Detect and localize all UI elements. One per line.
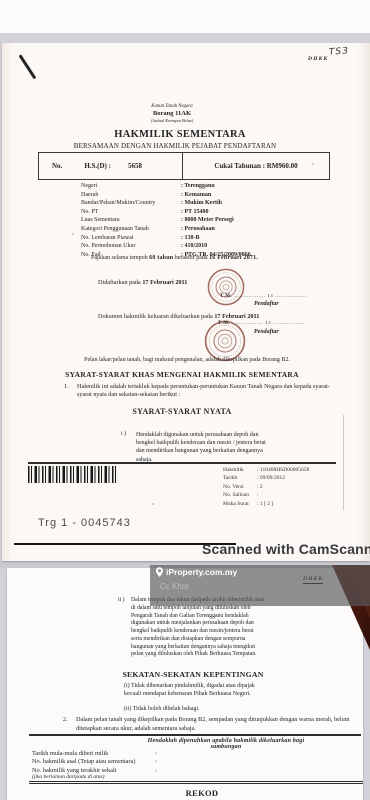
detail-label: Luas Sementara: [81, 216, 181, 225]
registered-line: Didaftarkan pada 17 Februari 2011: [98, 279, 187, 286]
signature-line-registration: T.M...................t.t...............…: [220, 294, 307, 299]
tt-label: t.t: [268, 294, 274, 299]
no-label: No.: [52, 162, 62, 170]
form-number: Borang 11AK: [122, 110, 222, 117]
doc-info-value: :: [257, 491, 259, 499]
detail-label: No. Permohonan Ukur: [81, 242, 181, 251]
horizontal-rule: [29, 734, 361, 736]
detail-label: No. Lembaran Piawai: [81, 234, 181, 243]
clause-text: Hakmilik ini adalah tertakluk kepada per…: [77, 383, 339, 399]
doc-info-value: : 09/09/2012: [257, 474, 285, 482]
registered-date: 17 Februari 2011: [142, 279, 187, 286]
previous-page-edge: [0, 0, 370, 33]
detail-label: Daerah: [81, 191, 181, 200]
continuation-field-row: No. hakmilik asal (Tetap atau sementara)…: [32, 758, 157, 766]
location-pin-icon: [156, 567, 163, 577]
condition-line: Pengarah Tanah dan Galian Terengganu hen…: [131, 613, 326, 621]
continuation-note: Hendaklah dipenuhkan apabila hakmilik di…: [133, 738, 319, 750]
document-page-1: DHKK TS3 Kanun Tanah Negara Borang 11AK …: [2, 43, 370, 561]
doc-info-value: : 2: [257, 483, 263, 491]
issued-label: Dokumen hakmilik keluaran dikeluarkan pa…: [98, 313, 213, 320]
field-label: Tarikh mula-mula diberi milik: [32, 750, 155, 758]
dotted-line: ..................: [232, 321, 264, 326]
registrar-role-label: Pendaftar: [254, 329, 279, 335]
detail-row: Luas Sementara: 8000 Meter Persegi: [81, 216, 351, 225]
doc-info-value: : 110408HSD00005658: [257, 466, 309, 474]
doc-info-label: Hakmilik: [223, 466, 257, 474]
form-act-name: Kanun Tanah Negara: [122, 104, 222, 109]
detail-value: : 410/2010: [181, 242, 207, 251]
field-colon: :: [155, 750, 157, 758]
issued-date: 17 Februari 2011: [214, 313, 259, 320]
hsd-value: 5658: [128, 162, 142, 170]
signature-line-issue: T.M...................t.t...............…: [218, 321, 305, 326]
horizontal-rule: [28, 462, 336, 464]
detail-row: Bandar/Pekan/Mukim/Country: Mukim Kertih: [81, 199, 351, 208]
tm-label: T.M.: [218, 321, 230, 326]
serial-number: Trg 1 - 0045743: [38, 517, 131, 529]
condition-line: bengkel baikpulih kenderaan dan mesin/je…: [131, 628, 326, 636]
camscanner-watermark: Scanned with CamScanner: [202, 541, 370, 557]
land-details-list: Negeri: Terengganu Daerah: Kemaman Banda…: [81, 182, 351, 259]
dotted-line: ..................: [273, 321, 305, 326]
detail-label: Kategori Penggunaan Tanah: [81, 225, 181, 234]
page-subtitle: BERSAMAAN DENGAN HAKMILIK PEJABAT PENDAF…: [35, 142, 315, 150]
condition-line: pelan yang diluluskan oleh Pihak Berkuas…: [131, 651, 326, 659]
detail-row: Daerah: Kemaman: [81, 191, 351, 200]
dotted-line: ..................: [275, 294, 307, 299]
scanned-document-view: DHKK TS3 Kanun Tanah Negara Borang 11AK …: [0, 0, 370, 800]
doc-info-row: Hakmilik: 110408HSD00005658: [223, 466, 309, 474]
detail-value: : 8000 Meter Persegi: [181, 216, 234, 225]
brand-text: iProperty.com.my: [166, 567, 237, 577]
field-label: No. hakmilik asal (Tetap atau sementara): [32, 758, 155, 766]
barcode: [28, 466, 118, 483]
continuation-footnote: (jika berlainan daripada di atas): [32, 774, 104, 780]
registrar-role-label: Pendaftar: [254, 301, 279, 307]
dotted-line: ..................: [234, 294, 266, 299]
iproperty-watermark: iProperty.com.my Cc Khor: [150, 565, 370, 606]
restriction-i: (i) Tidak dibenarkan pindahmilik, digada…: [124, 682, 255, 698]
special-conditions-heading: SYARAT-SYARAT KHAS MENGENAI HAKMILIK SEM…: [62, 370, 302, 379]
restrictions-heading: SEKATAN-SEKATAN KEPENTINGAN: [113, 670, 273, 679]
doc-info-label: No. Versi: [223, 483, 257, 491]
registrar-seal: [204, 320, 246, 362]
condition-i-marker: i ): [121, 431, 126, 437]
condition-ii-marker: ii ): [118, 597, 125, 603]
detail-label: Negeri: [81, 182, 181, 191]
scan-speck: [72, 233, 74, 235]
tm-label: T.M.: [220, 294, 232, 299]
detail-value: : Kemaman: [181, 191, 211, 200]
title-number-table: No. H.S.(D) : 5658 Cukai Tahunan : RM960…: [38, 152, 330, 180]
tt-label: t.t: [266, 321, 272, 326]
detail-value: : 138-B: [181, 234, 200, 243]
continuation-field-row: Tarikh mula-mula diberi milik:: [32, 750, 157, 758]
detail-label: No. PT: [81, 208, 181, 217]
doc-info-label: Muka Surat: [223, 500, 257, 508]
detail-label: Bandar/Pekan/Mukim/Country: [81, 199, 181, 208]
hsd-label: H.S.(D) :: [84, 162, 111, 170]
restriction-line: kecuali mendapat kebenaran Pihak Berkuas…: [124, 690, 255, 698]
detail-value: : PT 15480: [181, 208, 209, 217]
lease-term-line: Pajakan selama tempoh 60 tahun berakhir …: [91, 255, 258, 261]
express-conditions-heading: SYARAT-SYARAT NYATA: [62, 407, 302, 416]
condition-line: bangunan yang berkaitan dengannya sahaja…: [131, 644, 326, 652]
scan-fold-line: [343, 415, 344, 510]
field-colon: :: [155, 758, 157, 766]
detail-value: : Mukim Kertih: [181, 199, 222, 208]
form-schedule: (Jadual Keempat Belas): [122, 118, 222, 123]
annual-rent-cell: Cukai Tahunan : RM960.00: [183, 153, 329, 179]
lease-expiry-date: 16 Februari 2071.: [209, 255, 258, 261]
doc-info-row: No. Salinan:: [223, 491, 309, 499]
restriction-line: (i) Tidak dibenarkan pindahmilik, digada…: [124, 682, 255, 690]
detail-value: : Perusahaan: [181, 225, 215, 234]
ownership-record-heading: REKOD KETUANPUNYAAN: [146, 788, 258, 800]
field-colon: :: [155, 767, 157, 775]
condition-line: serta mendirikan dan disiapkan dengan se…: [131, 636, 326, 644]
clause-number: 1.: [64, 383, 77, 399]
plan-attachment-note: Pelan lakar/pelan tanah, bagi maksud pen…: [72, 357, 302, 363]
clause-text: Dalam pelan tanah yang dikepilkan pada B…: [76, 716, 362, 734]
registered-label: Didaftarkan pada: [98, 279, 141, 286]
detail-row: Kategori Penggunaan Tanah: Perusahaan: [81, 225, 351, 234]
detail-row: Negeri: Terengganu: [81, 182, 351, 191]
detail-row: No. Permohonan Ukur: 410/2010: [81, 242, 351, 251]
clause-number: 2.: [63, 716, 76, 734]
doc-info-label: Tarikh: [223, 474, 257, 482]
doc-info-row: Tarikh: 09/09/2012: [223, 474, 309, 482]
registrar-seal: [207, 268, 245, 306]
condition-line: bengkel baikpulih kenderaan dan mesin / …: [136, 439, 311, 447]
lease-prefix: Pajakan selama tempoh: [91, 255, 148, 261]
lease-mid: berakhir pada: [175, 255, 208, 261]
title-number-cell: No. H.S.(D) : 5658: [39, 153, 183, 179]
double-rule: [29, 781, 363, 784]
annual-rent-value: Cukai Tahunan : RM960.00: [214, 162, 297, 170]
doc-info-value: : 1 [ 2 ]: [257, 500, 273, 508]
detail-value: : Terengganu: [181, 182, 215, 191]
dhkk-stamp: DHKK: [308, 56, 328, 62]
lease-term: 60 tahun: [149, 255, 173, 261]
handwritten-mark: TS3: [329, 46, 350, 57]
doc-info-label: No. Salinan: [223, 491, 257, 499]
condition-line: dan mendirikan bangunan yang berkaitan d…: [136, 447, 311, 455]
detail-row: No. PT: PT 15480: [81, 208, 351, 217]
doc-info-row: Muka Surat: 1 [ 2 ]: [223, 500, 309, 508]
detail-row: No. Lembaran Piawai: 138-B: [81, 234, 351, 243]
condition-line: Hendaklah digunakan untuk perusahaan dep…: [136, 431, 311, 439]
clause-1: 1. Hakmilik ini adalah tertakluk kepada …: [64, 383, 344, 399]
doc-info-row: No. Versi: 2: [223, 483, 309, 491]
condition-line: digunakan untuk menjalankan perusahaan d…: [131, 620, 326, 628]
pen-scratch-mark: [19, 55, 36, 80]
condition-ii-text: Dalam tempoh dua tahun daripada tarikh d…: [131, 597, 326, 659]
iproperty-brand: iProperty.com.my: [156, 567, 237, 577]
scan-speck: [152, 503, 154, 505]
restriction-ii: (ii) Tidak boleh dibelah bahagi.: [124, 706, 200, 712]
page-title: HAKMILIK SEMENTARA: [60, 129, 300, 140]
clause-2: 2. Dalam pelan tanah yang dikepilkan pad…: [63, 716, 363, 734]
condition-i-text: Hendaklah digunakan untuk perusahaan dep…: [136, 431, 311, 464]
agent-name: Cc Khor: [160, 582, 189, 591]
issued-line: Dokumen hakmilik keluaran dikeluarkan pa…: [98, 313, 259, 320]
document-info-block: Hakmilik: 110408HSD00005658 Tarikh: 09/0…: [223, 466, 309, 508]
continuation-fields: Tarikh mula-mula diberi milik: No. hakmi…: [32, 750, 157, 775]
